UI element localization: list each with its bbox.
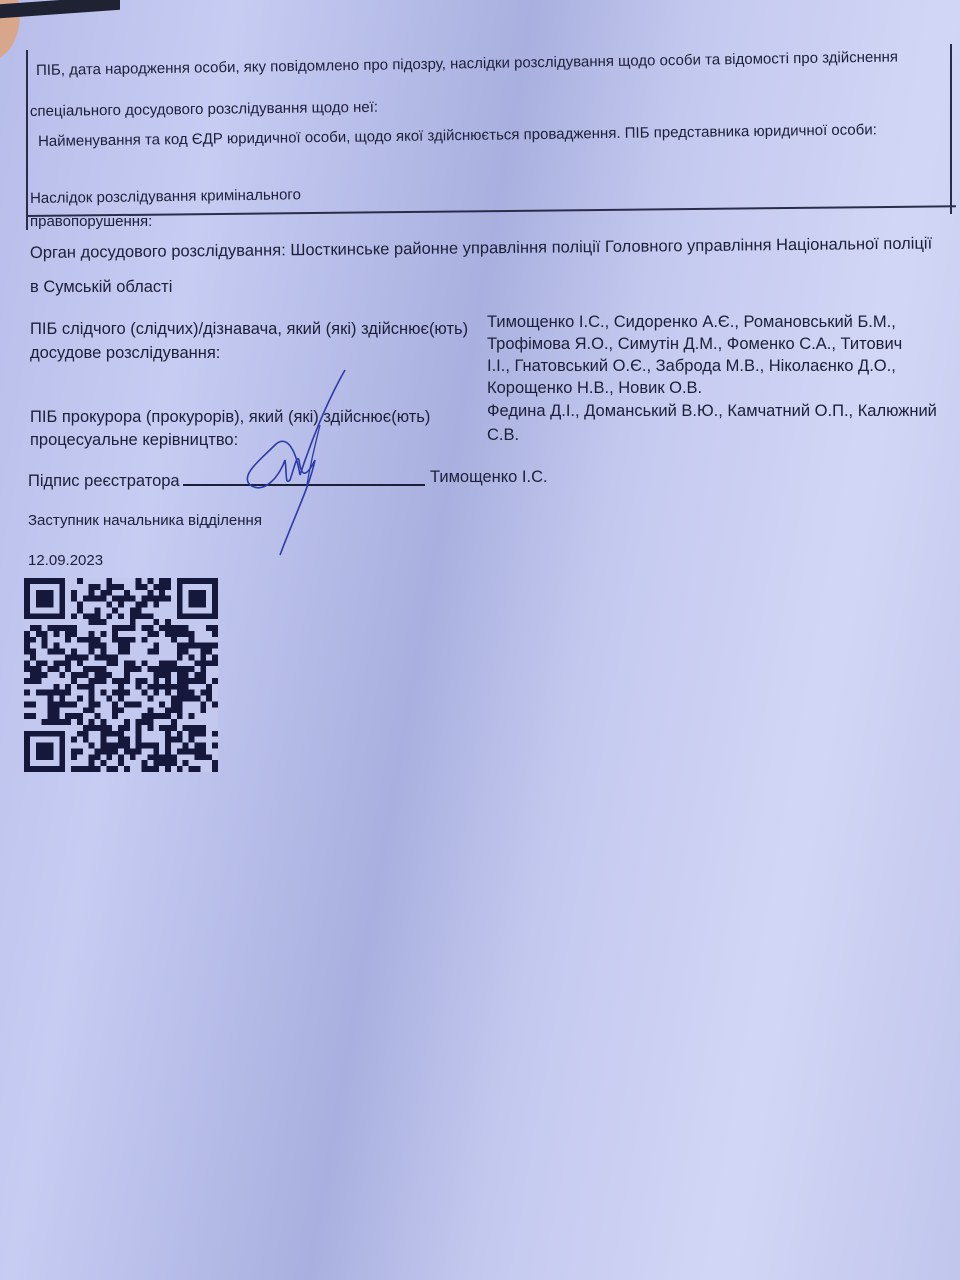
prosecutors-label-line2: процесуальне керівництво:	[30, 431, 238, 450]
investigation-body-line2: в Сумській області	[30, 278, 172, 297]
box-border-right	[950, 44, 952, 214]
handwritten-signature	[225, 365, 355, 560]
document-date: 12.09.2023	[28, 552, 103, 569]
registrar-signature-label: Підпис реєстратора	[28, 472, 180, 491]
investigators-label-line2: досудове розслідування:	[30, 344, 220, 363]
investigators-names-line4: Корощенко Н.В., Новик О.В.	[487, 379, 702, 398]
investigation-result-line2: правопорушення:	[30, 213, 152, 230]
suspect-info-line1: ПІБ, дата народження особи, яку повідомл…	[36, 48, 898, 79]
prosecutors-names-line1: Федина Д.І., Доманський В.Ю., Камчатний …	[487, 402, 937, 421]
box-border-bottom	[26, 205, 956, 217]
registrar-name: Тимощенко І.С.	[430, 468, 548, 487]
investigation-result-line1: Наслідок розслідування кримінального	[30, 186, 301, 207]
investigators-names-line2: Трофімова Я.О., Симутін Д.М., Фоменко С.…	[487, 335, 902, 354]
box-border-left	[26, 50, 28, 230]
background-edge	[0, 0, 120, 18]
investigators-names-line1: Тимощенко І.С., Сидоренко А.Є., Романовс…	[487, 313, 896, 332]
investigators-names-line3: І.І., Гнатовський О.Є., Заброда М.В., Ні…	[487, 357, 896, 376]
qr-code-icon	[22, 578, 220, 772]
position-title: Заступник начальника відділення	[28, 512, 262, 529]
investigators-label-line1: ПІБ слідчого (слідчих)/дізнавача, який (…	[30, 320, 468, 339]
legal-entity-label: Найменування та код ЄДР юридичної особи,…	[38, 121, 877, 150]
suspect-info-line2: спеціального досудового розслідування що…	[30, 99, 378, 120]
investigation-body-line1: Орган досудового розслідування: Шосткинс…	[30, 235, 932, 263]
prosecutors-names-line2: С.В.	[487, 426, 519, 445]
